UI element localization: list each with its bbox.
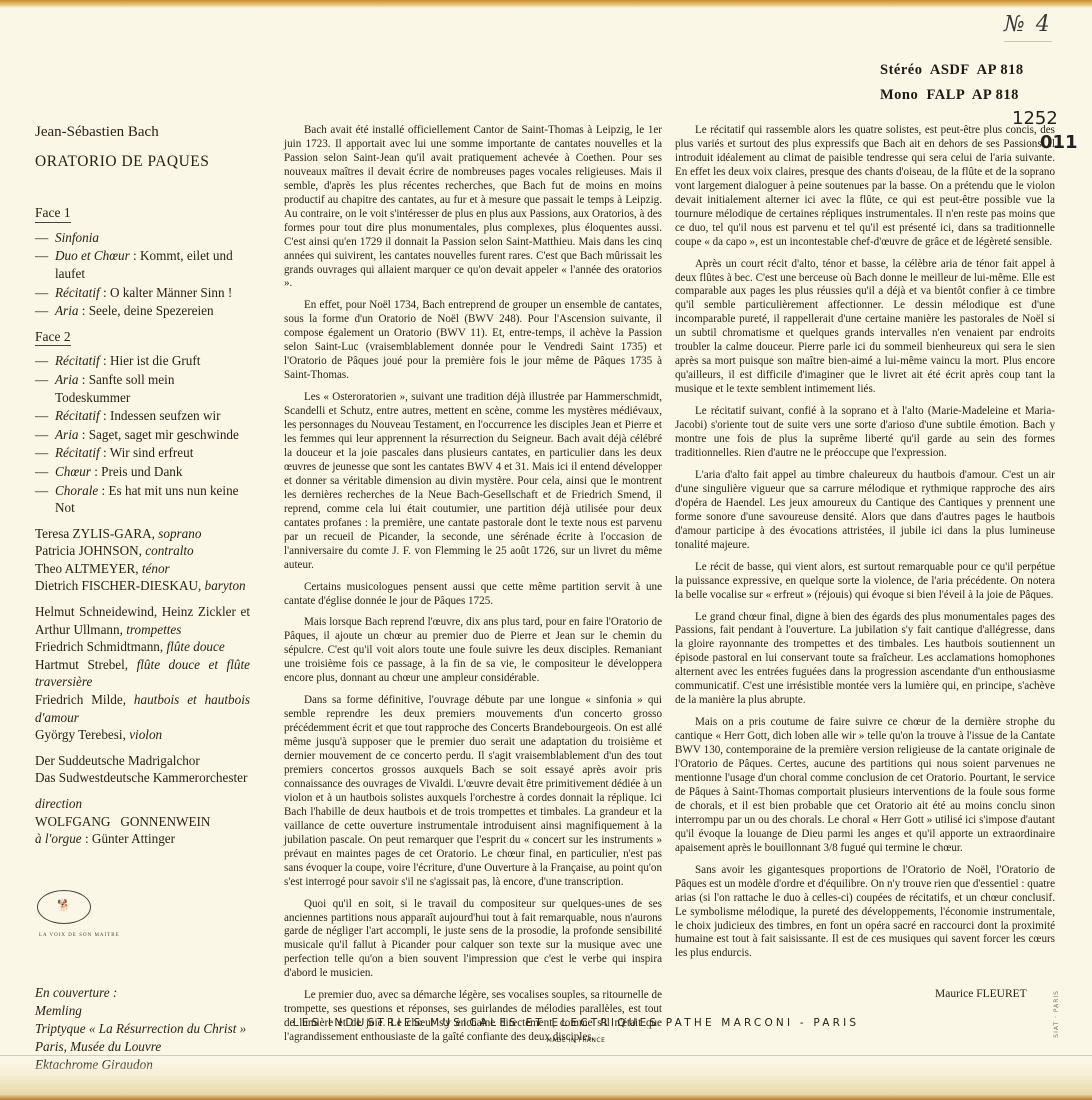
face-title: Face 2 <box>35 328 71 347</box>
track-item: —Récitatif : Indessen seufzen wir <box>35 407 250 425</box>
artist-name: Dietrich FISCHER-DIESKAU, <box>35 578 205 593</box>
notes-paragraph: Mais lorsque Bach reprend l'œuvre, dix a… <box>284 616 662 686</box>
track-form: Duo et Chœur <box>55 248 130 263</box>
notes-paragraph: Certains musicologues pensent aussi que … <box>284 581 662 609</box>
artist-role: trompettes <box>126 622 181 637</box>
notes-paragraph: Les « Osteroratorien », suivant une trad… <box>284 391 662 572</box>
artist-entry: Teresa ZYLIS-GARA, soprano <box>35 525 250 543</box>
author-signature: Maurice FLEURET <box>935 988 1027 1000</box>
footer-divider <box>0 1055 1092 1056</box>
track-form: Récitatif <box>55 353 100 368</box>
made-in-label: MADE IN FRANCE <box>0 1037 1092 1044</box>
dash: — <box>35 463 55 481</box>
artist-entry: Hartmut Strebel, flûte douce et flûte tr… <box>35 656 250 691</box>
track-item: —Récitatif : O kalter Männer Sinn ! <box>35 284 250 302</box>
artist-entry: Dietrich FISCHER-DIESKAU, baryton <box>35 577 250 595</box>
track-item: —Aria : Seele, deine Spezereien <box>35 302 250 320</box>
face-2: Face 2—Récitatif : Hier ist die Gruft—Ar… <box>35 328 250 517</box>
artist-entry: Theo ALTMEYER, ténor <box>35 560 250 578</box>
track-form: Récitatif <box>55 408 100 423</box>
track-form: Aria <box>55 372 78 387</box>
work-title: ORATORIO DE PAQUES <box>35 153 250 171</box>
face-1: Face 1—Sinfonia—Duo et Chœur : Kommt, ei… <box>35 204 250 320</box>
ensemble-name: Das Sudwestdeutsche Kammerorchester <box>35 769 250 787</box>
notes-paragraph: Le récitatif qui rassemble alors les qua… <box>675 124 1055 250</box>
ensembles-list: Der Suddeutsche MadrigalchorDas Sudwestd… <box>35 752 250 787</box>
track-text: Aria : Saget, saget mir geschwinde <box>55 426 250 444</box>
dash: — <box>35 284 55 302</box>
liner-notes-right: Le récitatif qui rassemble alors les qua… <box>675 124 1055 969</box>
artist-name: Teresa ZYLIS-GARA, <box>35 526 158 541</box>
notes-paragraph: Après un court récit d'alto, ténor et ba… <box>675 258 1055 398</box>
track-item: —Chorale : Es hat mit uns nun keine Not <box>35 482 250 517</box>
artist-role: ténor <box>142 561 170 576</box>
track-text: Chœur : Preis und Dank <box>55 463 250 481</box>
artist-name: Friedrich Schmidtmann, <box>35 639 167 654</box>
logo-caption: LA VOIX DE SON MAITRE <box>39 927 250 945</box>
his-masters-voice-logo: 🐕 <box>37 890 91 924</box>
dash: — <box>35 352 55 370</box>
track-item: —Duo et Chœur : Kommt, eilet und laufet <box>35 247 250 282</box>
direction-label: direction <box>35 795 250 813</box>
composer-name: Jean-Sébastien Bach <box>35 124 250 142</box>
notes-paragraph: Le récit de basse, qui vient alors, est … <box>675 561 1055 603</box>
printer-mark: SIAT · PARIS <box>1053 990 1060 1038</box>
notes-paragraph: Le grand chœur final, digne à bien des é… <box>675 611 1055 709</box>
artist-entry: Friedrich Schmidtmann, flûte douce <box>35 638 250 656</box>
artist-role: soprano <box>158 526 201 541</box>
track-text: Chorale : Es hat mit uns nun keine Not <box>55 482 250 517</box>
handwritten-note: № 4 <box>1004 12 1052 42</box>
track-title: : Seele, deine Spezereien <box>78 303 213 318</box>
dash: — <box>35 482 55 517</box>
track-title: : Hier ist die Gruft <box>100 353 201 368</box>
sleeve-top-edge <box>0 0 1092 8</box>
track-listing: Face 1—Sinfonia—Duo et Chœur : Kommt, ei… <box>35 204 250 517</box>
cover-credit-line: En couverture : <box>35 984 250 1002</box>
cover-credits: En couverture :MemlingTriptyque « La Rés… <box>35 984 250 1074</box>
artist-role: flûte douce <box>167 639 225 654</box>
ensemble-name: Der Suddeutsche Madrigalchor <box>35 752 250 770</box>
dog-gramophone-icon: 🐕 <box>38 898 90 916</box>
track-form: Récitatif <box>55 445 100 460</box>
track-title: : O kalter Männer Sinn ! <box>100 285 233 300</box>
track-item: —Récitatif : Hier ist die Gruft <box>35 352 250 370</box>
track-item: —Récitatif : Wir sind erfreut <box>35 444 250 462</box>
artist-role: contralto <box>145 543 193 558</box>
artist-name: György Terebesi, <box>35 727 129 742</box>
track-form: Chorale <box>55 483 98 498</box>
instrumentalists-list: Helmut Schneidewind, Heinz Zickler et Ar… <box>35 603 250 744</box>
dash: — <box>35 302 55 320</box>
track-item: —Aria : Saget, saget mir geschwinde <box>35 426 250 444</box>
artist-name: Friedrich Milde, <box>35 692 134 707</box>
liner-notes-middle: Bach avait été installé officiellement C… <box>284 124 662 1053</box>
dash: — <box>35 426 55 444</box>
track-form: Aria <box>55 303 78 318</box>
track-title: : Saget, saget mir geschwinde <box>78 427 238 442</box>
credits-column: Jean-Sébastien Bach ORATORIO DE PAQUES F… <box>35 124 250 1074</box>
track-title: : Wir sind erfreut <box>100 445 194 460</box>
notes-paragraph: Dans sa forme définitive, l'ouvrage débu… <box>284 694 662 889</box>
artist-entry: Helmut Schneidewind, Heinz Zickler et Ar… <box>35 603 250 638</box>
track-form: Sinfonia <box>55 230 99 245</box>
track-item: —Aria : Sanfte soll mein Todeskummer <box>35 371 250 406</box>
organ-label: à l'orgue <box>35 831 82 846</box>
artist-entry: Patricia JOHNSON, contralto <box>35 542 250 560</box>
track-title: : Indessen seufzen wir <box>100 408 221 423</box>
track-item: —Chœur : Preis und Dank <box>35 463 250 481</box>
organist-name: : Günter Attinger <box>82 831 175 846</box>
catalog-numbers: Stéréo ASDF AP 818 Mono FALP AP 818 <box>880 58 1024 108</box>
track-text: Récitatif : Hier ist die Gruft <box>55 352 250 370</box>
track-text: Aria : Seele, deine Spezereien <box>55 302 250 320</box>
notes-paragraph: En effet, pour Noël 1734, Bach entrepren… <box>284 299 662 383</box>
track-text: Récitatif : Wir sind erfreut <box>55 444 250 462</box>
dash: — <box>35 444 55 462</box>
catalog-mono: Mono FALP AP 818 <box>880 83 1024 108</box>
track-text: Récitatif : O kalter Männer Sinn ! <box>55 284 250 302</box>
sleeve-bottom-edge <box>0 1062 1092 1100</box>
notes-paragraph: Le récitatif suivant, confié à la sopran… <box>675 405 1055 461</box>
organ-credit: à l'orgue : Günter Attinger <box>35 830 250 848</box>
face-title: Face 1 <box>35 204 71 223</box>
conductor-name: WOLFGANG GONNENWEIN <box>35 813 250 831</box>
dash: — <box>35 371 55 406</box>
dash: — <box>35 229 55 247</box>
dash: — <box>35 247 55 282</box>
track-form: Récitatif <box>55 285 100 300</box>
track-text: Duo et Chœur : Kommt, eilet und laufet <box>55 247 250 282</box>
artist-name: Theo ALTMEYER, <box>35 561 142 576</box>
artist-entry: György Terebesi, violon <box>35 726 250 744</box>
notes-paragraph: L'aria d'alto fait appel au timbre chale… <box>675 469 1055 553</box>
track-text: Aria : Sanfte soll mein Todeskummer <box>55 371 250 406</box>
notes-paragraph: Mais on a pris coutume de faire suivre c… <box>675 716 1055 856</box>
artist-role: violon <box>129 727 162 742</box>
notes-paragraph: Bach avait été installé officiellement C… <box>284 124 662 291</box>
artist-name: Patricia JOHNSON, <box>35 543 145 558</box>
notes-paragraph: Quoi qu'il en soit, si le travail du com… <box>284 898 662 982</box>
track-text: Récitatif : Indessen seufzen wir <box>55 407 250 425</box>
artist-role: baryton <box>205 578 246 593</box>
track-text: Sinfonia <box>55 229 250 247</box>
soloists-list: Teresa ZYLIS-GARA, sopranoPatricia JOHNS… <box>35 525 250 595</box>
track-title: : Preis und Dank <box>91 464 183 479</box>
artist-name: Hartmut Strebel, <box>35 657 137 672</box>
notes-paragraph: Sans avoir les gigantesques proportions … <box>675 864 1055 962</box>
dash: — <box>35 407 55 425</box>
track-item: —Sinfonia <box>35 229 250 247</box>
catalog-stereo: Stéréo ASDF AP 818 <box>880 58 1024 83</box>
record-company: LES INDUSTRIES MUSICALES ET ELECTRIQUES … <box>0 1017 1092 1029</box>
track-form: Chœur <box>55 464 91 479</box>
artist-entry: Friedrich Milde, hautbois et hautbois d'… <box>35 691 250 726</box>
track-form: Aria <box>55 427 78 442</box>
